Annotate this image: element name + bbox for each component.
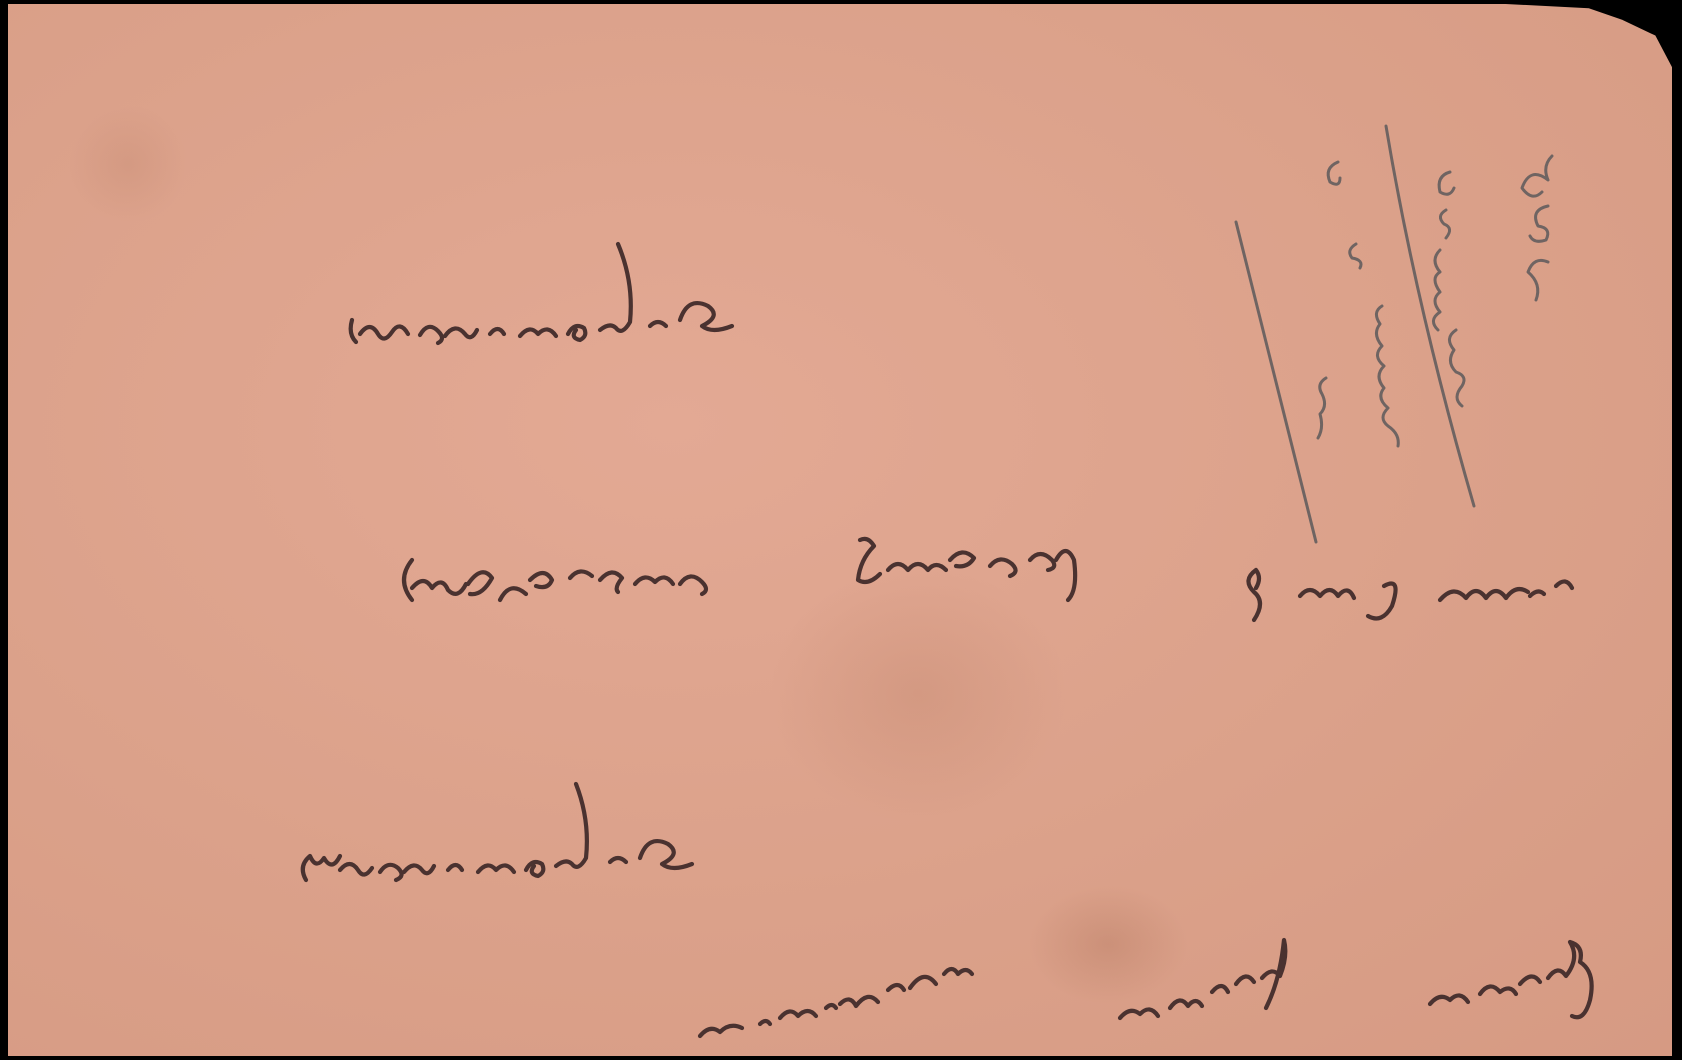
pencil-ruled-line	[1236, 222, 1316, 542]
pencil-strokes	[0, 0, 1682, 1060]
pencil-ruled-line	[1386, 126, 1474, 506]
